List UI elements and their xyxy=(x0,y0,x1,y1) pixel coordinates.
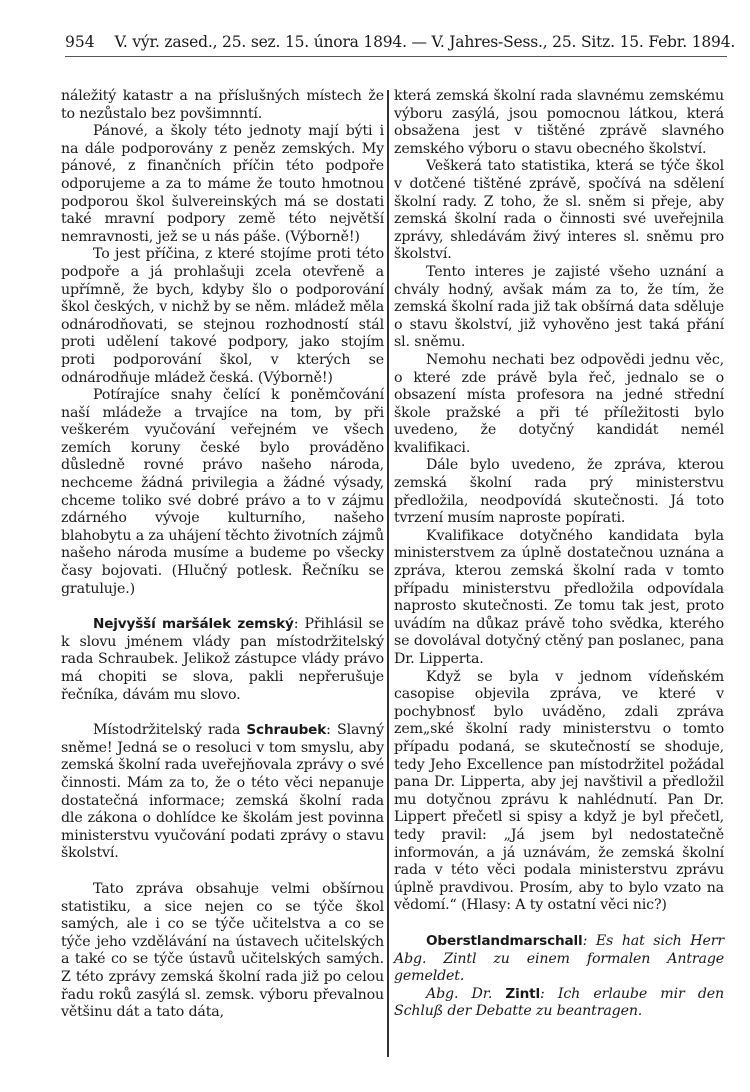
paragraph: Kvalifikace dotyčného kandidata byla min… xyxy=(394,528,724,669)
column-divider xyxy=(387,90,389,1057)
paragraph: To jest příčina, z které stojíme proti t… xyxy=(61,246,384,387)
running-title: V. výr. zased., 25. sez. 15. února 1894.… xyxy=(115,33,736,51)
page-number: 954 xyxy=(65,33,95,51)
paragraph: Dále bylo uvedeno, že zpráva, kterou zem… xyxy=(394,457,724,527)
speaker-title: Abg. Dr. xyxy=(426,986,505,1002)
paragraph: Tento interes je zajisté všeho uznání a … xyxy=(394,264,724,352)
paragraph: Potírajíce snahy čelící k poněmčování na… xyxy=(61,387,384,598)
speech-marshal: Nejvyšší maršálek zemský: Přihlásil se k… xyxy=(61,616,384,704)
left-column: náležitý katastr a na příslušných místec… xyxy=(61,88,384,1022)
speaker-name: Oberstlandmarschall xyxy=(426,933,583,949)
paragraph: Když se byla v jednom vídeňském casopise… xyxy=(394,669,724,915)
paragraph: Pánové, a školy této jednoty mají býti i… xyxy=(61,123,384,246)
paragraph: Nemohu nechati bez odpovědi jednu věc, o… xyxy=(394,352,724,458)
paragraph: náležitý katastr a na příslušných místec… xyxy=(61,88,384,123)
speech-zintl: Abg. Dr. Zintl: Ich erlaube mir den Schl… xyxy=(394,986,724,1021)
speech-text: : Slavný sněme! Jedná se o resoluci v to… xyxy=(61,722,384,861)
paragraph: Veškerá tato statistika, která se týče š… xyxy=(394,158,724,264)
speaker-name: Schraubek xyxy=(246,722,326,738)
speech-schraubek: Místodržitelský rada Schraubek: Slavný s… xyxy=(61,722,384,863)
speaker-name: Zintl xyxy=(505,986,540,1002)
page-header: 954 V. výr. zased., 25. sez. 15. února 1… xyxy=(65,33,727,57)
speaker-name: Nejvyšší maršálek zemský xyxy=(93,616,294,632)
speech-oberstlandmarschall: Oberstlandmarschall: Es hat sich Herr Ab… xyxy=(394,933,724,986)
speaker-title: Místodržitelský rada xyxy=(93,722,246,738)
paragraph: Tato zpráva obsahuje velmi obšírnou stat… xyxy=(61,881,384,1022)
paragraph: která zemská školní rada slavnému zemské… xyxy=(394,88,724,158)
right-column: která zemská školní rada slavnému zemské… xyxy=(394,88,724,1021)
